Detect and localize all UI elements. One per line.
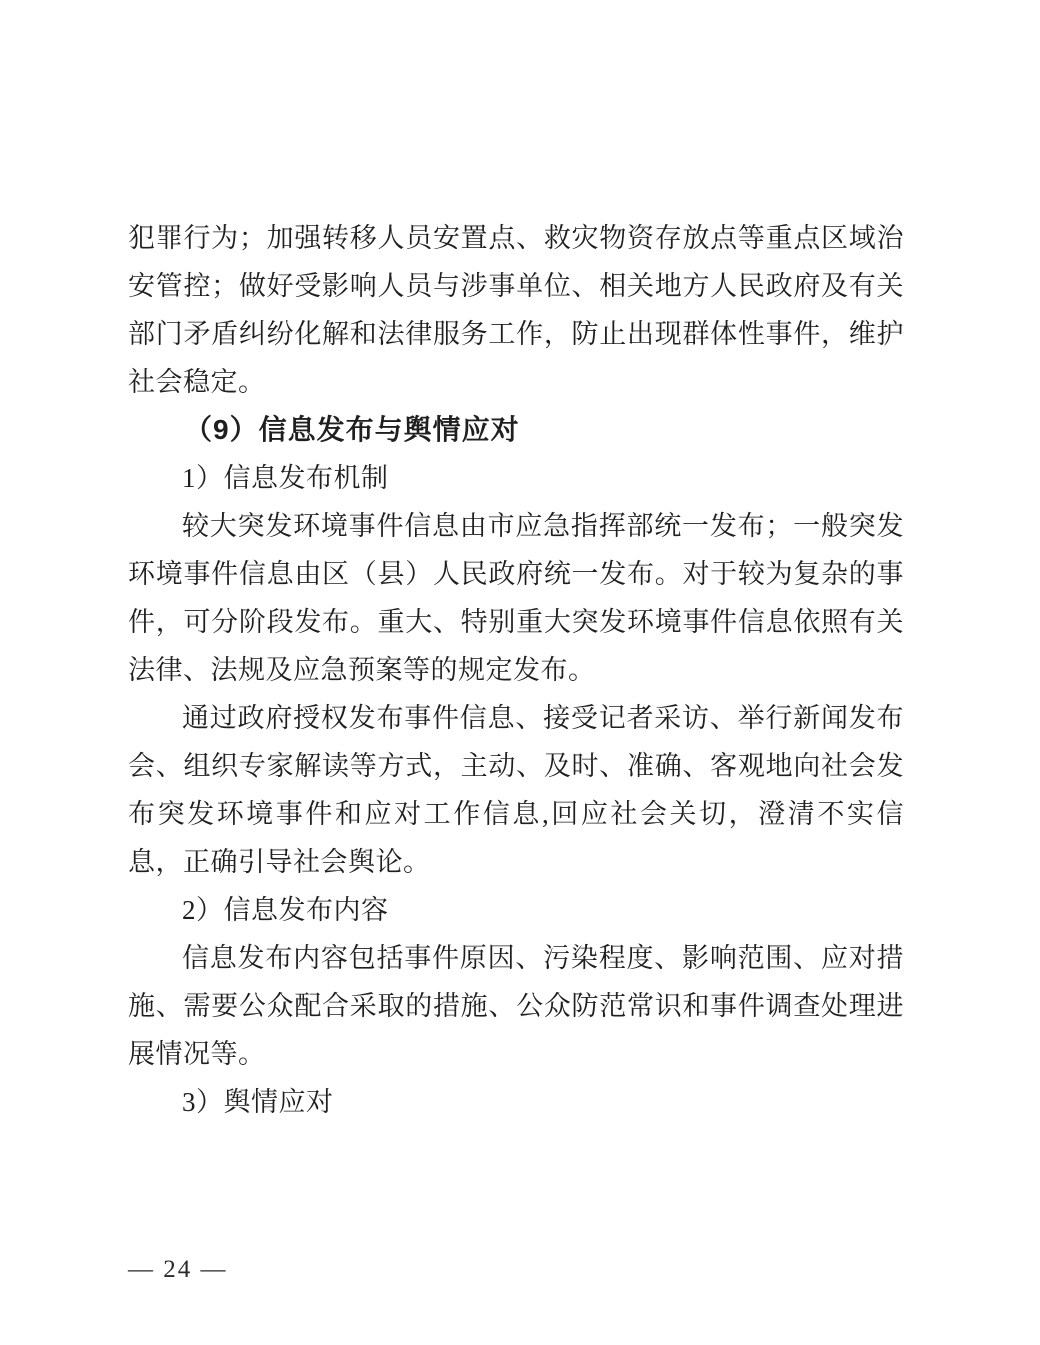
paragraph-release-mechanism: 较大突发环境事件信息由市应急指挥部统一发布；一般突发环境事件信息由区（县）人民政… (128, 502, 904, 694)
document-page: 犯罪行为；加强转移人员安置点、救灾物资存放点等重点区域治安管控；做好受影响人员与… (0, 0, 1040, 1345)
document-body: 犯罪行为；加强转移人员安置点、救灾物资存放点等重点区域治安管控；做好受影响人员与… (128, 214, 904, 1126)
subheading-3-public-opinion-response: 3）舆情应对 (128, 1078, 904, 1126)
page-number: — 24 — (128, 1256, 228, 1284)
subheading-2-information-release-content: 2）信息发布内容 (128, 886, 904, 934)
paragraph-continuation: 犯罪行为；加强转移人员安置点、救灾物资存放点等重点区域治安管控；做好受影响人员与… (128, 214, 904, 406)
paragraph-release-methods: 通过政府授权发布事件信息、接受记者采访、举行新闻发布会、组织专家解读等方式，主动… (128, 694, 904, 886)
section-heading-9: （9）信息发布与舆情应对 (128, 406, 904, 454)
subheading-1-information-release-mechanism: 1）信息发布机制 (128, 454, 904, 502)
paragraph-release-content: 信息发布内容包括事件原因、污染程度、影响范围、应对措施、需要公众配合采取的措施、… (128, 934, 904, 1078)
